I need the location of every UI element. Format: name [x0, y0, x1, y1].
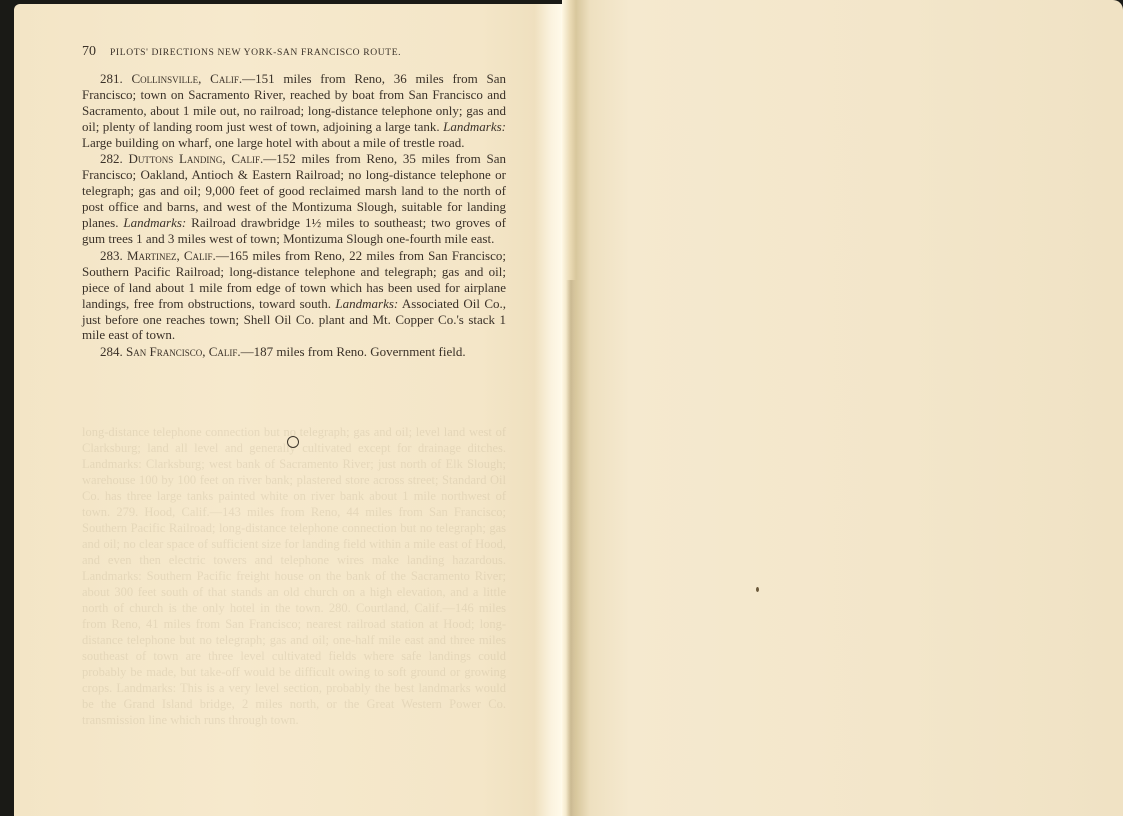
book-gutter	[566, 280, 576, 816]
landmarks-text: Large building on wharf, one large hotel…	[82, 135, 465, 150]
left-page-content: 70 Pilots' Directions New York-San Franc…	[82, 44, 506, 361]
entry-place: Duttons Landing, Calif.	[128, 151, 263, 166]
entry-281: 281. Collinsville, Calif.—151 miles from…	[82, 71, 506, 151]
running-head-title: Pilots' Directions New York-San Francisc…	[110, 45, 401, 61]
right-page-blank	[562, 0, 1123, 816]
entry-place: San Francisco, Calif.	[126, 344, 241, 359]
running-head: 70 Pilots' Directions New York-San Franc…	[82, 44, 506, 61]
page-number: 70	[82, 44, 96, 60]
circle-mark-icon	[287, 436, 299, 448]
entry-283: 283. Martinez, Calif.—165 miles from Ren…	[82, 248, 506, 343]
entry-place: Martinez, Calif.	[127, 248, 216, 263]
entry-text: —187 miles from Reno. Government field.	[241, 344, 466, 359]
entry-number: 282.	[100, 151, 123, 166]
entry-number: 283.	[100, 248, 123, 263]
entry-282: 282. Duttons Landing, Calif.—152 miles f…	[82, 151, 506, 246]
entry-number: 284.	[100, 344, 123, 359]
landmarks-label: Landmarks:	[123, 215, 186, 230]
entry-284: 284. San Francisco, Calif.—187 miles fro…	[82, 344, 506, 360]
paper-speck	[756, 587, 759, 592]
landmarks-label: Landmarks:	[443, 119, 506, 134]
landmarks-label: Landmarks:	[335, 296, 398, 311]
entry-number: 281.	[100, 71, 123, 86]
entry-place: Collinsville, Calif.	[132, 71, 243, 86]
